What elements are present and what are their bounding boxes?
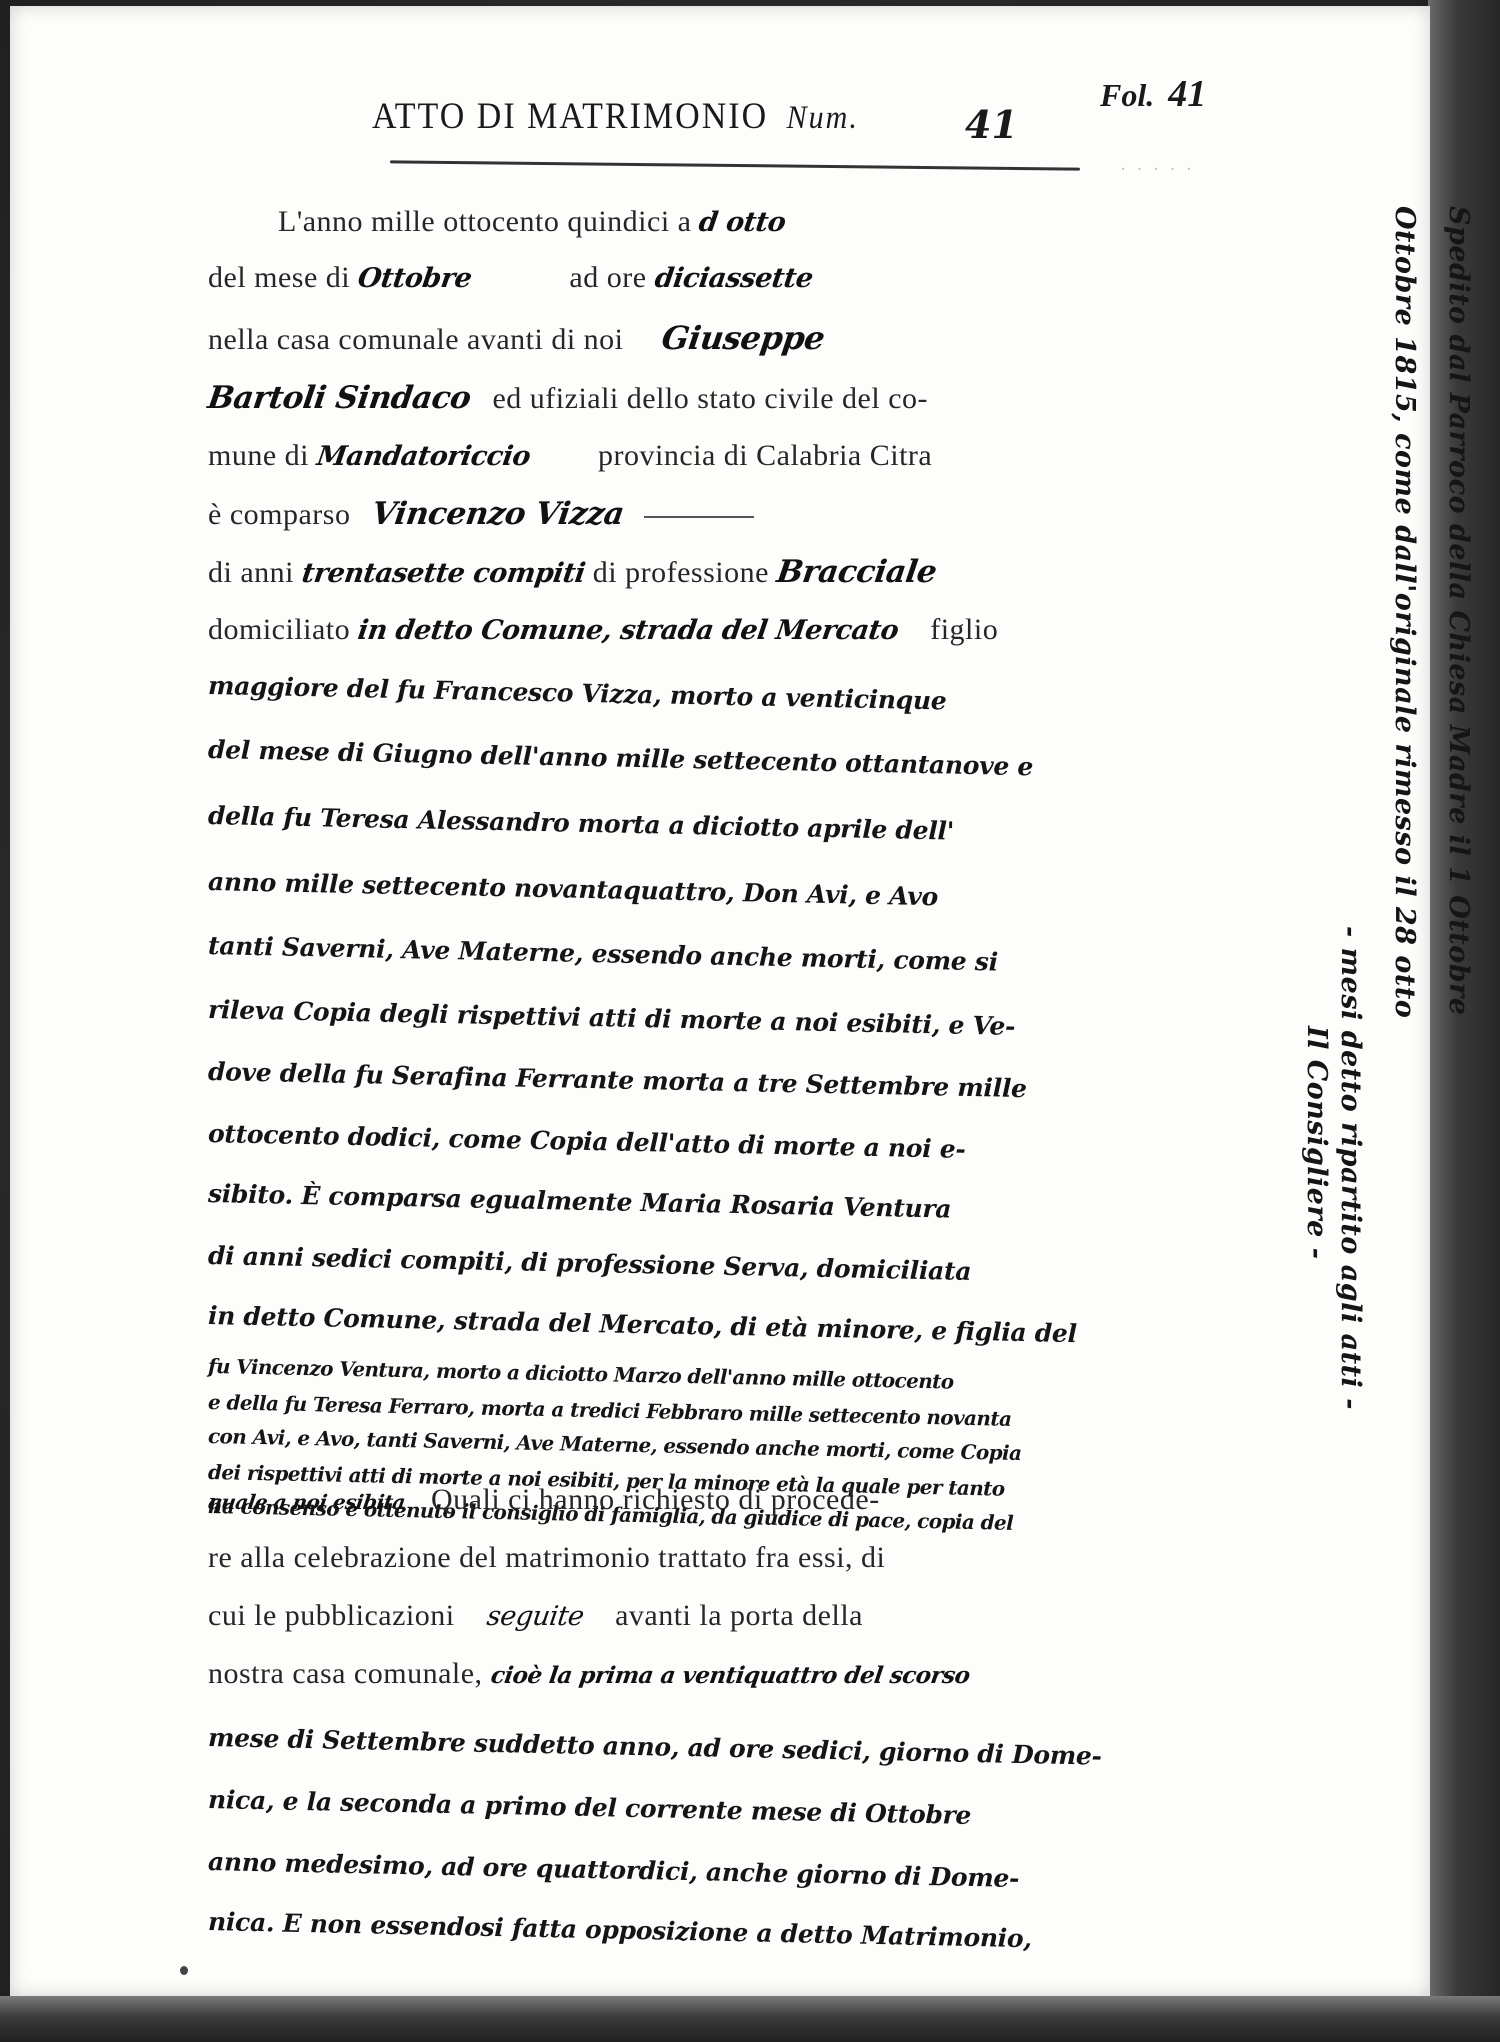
handwritten-line-32: nica. E non essendosi fatta opposizione …: [208, 1902, 1159, 1962]
record-line-25: quale a noi esibita Quali ci hanno richi…: [208, 1480, 1158, 1522]
handwritten-line-11: della fu Teresa Alessandro morta a dicio…: [208, 796, 1159, 856]
handwritten-month: Ottobre: [355, 259, 474, 299]
margin-line-4: Il Consigliere -: [1289, 206, 1343, 1626]
handwritten-groom-name: Vincenzo Vizza: [370, 494, 627, 534]
record-line-4: Bartoli Sindaco ed ufiziali dello stato …: [208, 378, 1158, 419]
record-line-7: di anni trentasette compiti di professio…: [208, 552, 1158, 594]
record-line-3: nella casa comunale avanti di noi Giusep…: [208, 318, 1158, 360]
handwritten-officer-surname-title: Bartoli Sindaco: [205, 378, 473, 418]
record-number: 41: [965, 102, 1018, 147]
handwritten-hour: diciassette: [652, 259, 815, 299]
handwritten-exhibited: quale a noi esibita: [205, 1482, 408, 1522]
handwritten-line-19: in detto Comune, strada del Mercato, di …: [208, 1296, 1159, 1356]
record-line-5: mune di Mandatoriccio provincia di Calab…: [208, 436, 1158, 477]
handwritten-followed: seguite: [484, 1597, 586, 1637]
handwritten-line-12: anno mille settecento novantaquattro, Do…: [208, 862, 1159, 922]
handwritten-groom-age: trentasette compiti: [299, 554, 587, 594]
handwritten-line-10: del mese di Giugno dell'anno mille sette…: [208, 730, 1159, 790]
ink-speck: [180, 1966, 188, 1975]
handwritten-officer-first-name: Giuseppe: [659, 318, 827, 358]
handwritten-line-30: nica, e la seconda a primo del corrente …: [208, 1780, 1159, 1840]
handwritten-line-14: rileva Copia degli rispettivi atti di mo…: [208, 990, 1159, 1050]
handwritten-line-31: anno medesimo, ad ore quattordici, anche…: [208, 1842, 1159, 1902]
folio-mark: Fol. 41: [1100, 72, 1206, 116]
document-title: ATTO DI MATRIMONIO Num.: [372, 96, 859, 137]
handwritten-line-18: di anni sedici compiti, di professione S…: [208, 1236, 1159, 1296]
folio-number: 41: [1168, 73, 1206, 115]
document-page: ATTO DI MATRIMONIO Num. 41 Fol. 41 · · ·…: [10, 6, 1430, 1996]
bottom-scan-edge: [0, 1996, 1500, 2042]
fill-dash: [644, 516, 754, 518]
handwritten-day: d otto: [697, 203, 789, 243]
number-label: Num.: [787, 100, 859, 136]
record-line-1: L'anno mille ottocento quindici a d otto: [278, 202, 1228, 243]
handwritten-line-29: mese di Settembre suddetto anno, ad ore …: [208, 1718, 1159, 1778]
record-line-27: cui le pubblicazioni seguite avanti la p…: [208, 1596, 1158, 1637]
record-line-28: nostra casa comunale, cioè la prima a ve…: [208, 1654, 1158, 1696]
header-rule-divider: [390, 160, 1080, 170]
handwritten-commune: Mandatoriccio: [314, 437, 533, 477]
margin-line-1: Spedito dal Parroco della Chiesa Madre i…: [1431, 206, 1485, 1626]
handwritten-line-16: ottocento dodici, come Copia dell'atto d…: [208, 1114, 1159, 1174]
margin-annotation: Spedito dal Parroco della Chiesa Madre i…: [1285, 206, 1485, 1626]
folio-label: Fol.: [1100, 77, 1154, 113]
handwritten-groom-residence: in detto Comune, strada del Mercato: [355, 611, 901, 651]
handwritten-line-13: tanti Saverni, Ave Materne, essendo anch…: [208, 926, 1159, 986]
handwritten-line-9: maggiore del fu Francesco Vizza, morto a…: [208, 666, 1159, 726]
handwritten-line-15: dove della fu Serafina Ferrante morta a …: [208, 1052, 1159, 1112]
record-line-2: del mese di Ottobre ad ore diciassette: [208, 258, 1158, 299]
record-line-26: re alla celebrazione del matrimonio trat…: [208, 1538, 1158, 1578]
handwritten-groom-profession: Bracciale: [774, 552, 939, 592]
margin-line-2: Ottobre 1815, come dall'originale rimess…: [1377, 206, 1431, 1626]
handwritten-publication-1: cioè la prima a ventiquattro del scorso: [488, 1656, 972, 1696]
faint-annotation: · · · · ·: [1120, 159, 1195, 180]
handwritten-line-17: sibito. È comparsa egualmente Maria Rosa…: [208, 1174, 1159, 1234]
record-line-6: è comparso Vincenzo Vizza: [208, 494, 1158, 535]
record-line-8: domiciliato in detto Comune, strada del …: [208, 610, 1158, 651]
